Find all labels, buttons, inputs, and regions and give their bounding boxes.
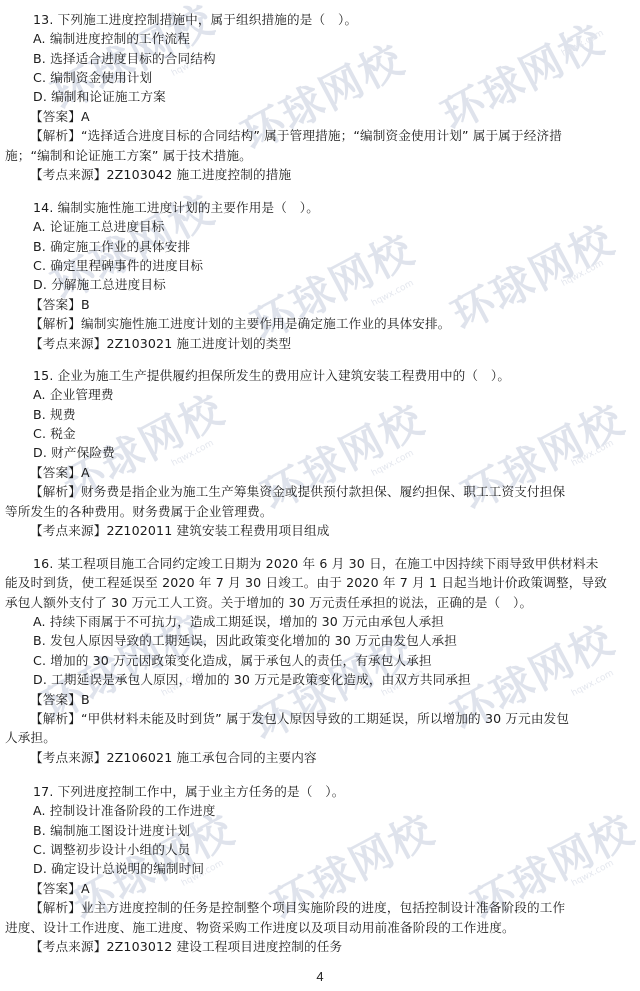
option-a: A. 控制设计准备阶段的工作进度 <box>33 801 216 820</box>
source: 【考点来源】2Z102011 建筑安装工程费用项目组成 <box>30 521 329 540</box>
option-b: B. 确定施工作业的具体安排 <box>33 237 190 256</box>
question-stem: 16. 某工程项目施工合同约定竣工日期为 2020 年 6 月 30 日，在施工… <box>33 554 598 573</box>
option-c: C. 增加的 30 万元因政策变化造成，属于承包人的责任，有承包人承担 <box>33 651 432 670</box>
option-a: A. 编制进度控制的工作流程 <box>33 29 190 48</box>
option-d: D. 财产保险费 <box>33 443 115 462</box>
answer: 【答案】B <box>30 690 90 709</box>
answer: 【答案】A <box>30 879 90 898</box>
question-stem: 13. 下列施工进度控制措施中，属于组织措施的是（ ）。 <box>33 10 357 29</box>
question-stem: 能及时到货，使工程延误至 2020 年 7 月 30 日竣工。由于 2020 年… <box>5 573 607 592</box>
question-stem: 15. 企业为施工生产提供履约担保所发生的费用应计入建筑安装工程费用中的（ ）。 <box>33 366 510 385</box>
answer: 【答案】B <box>30 295 90 314</box>
source: 【考点来源】2Z106021 施工承包合同的主要内容 <box>30 748 317 767</box>
option-b: B. 选择适合进度目标的合同结构 <box>33 49 216 68</box>
option-c: C. 调整初步设计小组的人员 <box>33 840 190 859</box>
analysis-line: 【解析】“甲供材料未能及时到货” 属于发包人原因导致的工期延误，所以增加的 30… <box>30 709 569 728</box>
option-d: D. 确定设计总说明的编制时间 <box>33 859 204 878</box>
option-a: A. 持续下雨属于不可抗力，造成工期延误，增加的 30 万元由承包人承担 <box>33 612 444 631</box>
document-page: 13. 下列施工进度控制措施中，属于组织措施的是（ ）。 A. 编制进度控制的工… <box>0 0 640 991</box>
option-b: B. 发包人原因导致的工期延误，因此政策变化增加的 30 万元由发包人承担 <box>33 631 457 650</box>
option-a: A. 论证施工总进度目标 <box>33 217 165 236</box>
option-d: D. 分解施工总进度目标 <box>33 275 166 294</box>
option-d: D. 编制和论证施工方案 <box>33 87 166 106</box>
option-b: B. 编制施工图设计进度计划 <box>33 821 190 840</box>
source: 【考点来源】2Z103012 建设工程项目进度控制的任务 <box>30 937 342 956</box>
option-d: D. 工期延误是承包人原因，增加的 30 万元是政策变化造成，由双方共同承担 <box>33 670 471 689</box>
source: 【考点来源】2Z103042 施工进度控制的措施 <box>30 165 291 184</box>
analysis-line: 【解析】“选择适合进度目标的合同结构” 属于管理措施；“编制资金使用计划” 属于… <box>30 126 562 145</box>
analysis-line: 施；“编制和论证施工方案” 属于技术措施。 <box>5 146 252 165</box>
page-number: 4 <box>0 969 640 984</box>
option-c: C. 税金 <box>33 424 76 443</box>
answer: 【答案】A <box>30 463 90 482</box>
option-c: C. 确定里程碑事件的进度目标 <box>33 256 203 275</box>
analysis-line: 【解析】编制实施性施工进度计划的主要作用是确定施工作业的具体安排。 <box>30 314 451 333</box>
option-a: A. 企业管理费 <box>33 385 114 404</box>
analysis-line: 【解析】财务费是指企业为施工生产筹集资金或提供预付款担保、履约担保、职工工资支付… <box>30 482 565 501</box>
analysis-line: 人承担。 <box>5 728 56 747</box>
option-c: C. 编制资金使用计划 <box>33 68 152 87</box>
question-stem: 17. 下列进度控制工作中，属于业主方任务的是（ ）。 <box>33 782 344 801</box>
question-stem: 承包人额外支付了 30 万元工人工资。关于增加的 30 万元责任承担的说法，正确… <box>5 593 532 612</box>
source: 【考点来源】2Z103021 施工进度计划的类型 <box>30 334 291 353</box>
analysis-line: 等所发生的各种费用。财务费属于企业管理费。 <box>5 502 273 521</box>
option-b: B. 规费 <box>33 405 76 424</box>
analysis-line: 进度、设计工作进度、施工进度、物资采购工作进度以及项目动用前准备阶段的工作进度。 <box>5 918 515 937</box>
question-stem: 14. 编制实施性施工进度计划的主要作用是（ ）。 <box>33 198 319 217</box>
answer: 【答案】A <box>30 107 90 126</box>
analysis-line: 【解析】业主方进度控制的任务是控制整个项目实施阶段的进度，包括控制设计准备阶段的… <box>30 898 565 917</box>
